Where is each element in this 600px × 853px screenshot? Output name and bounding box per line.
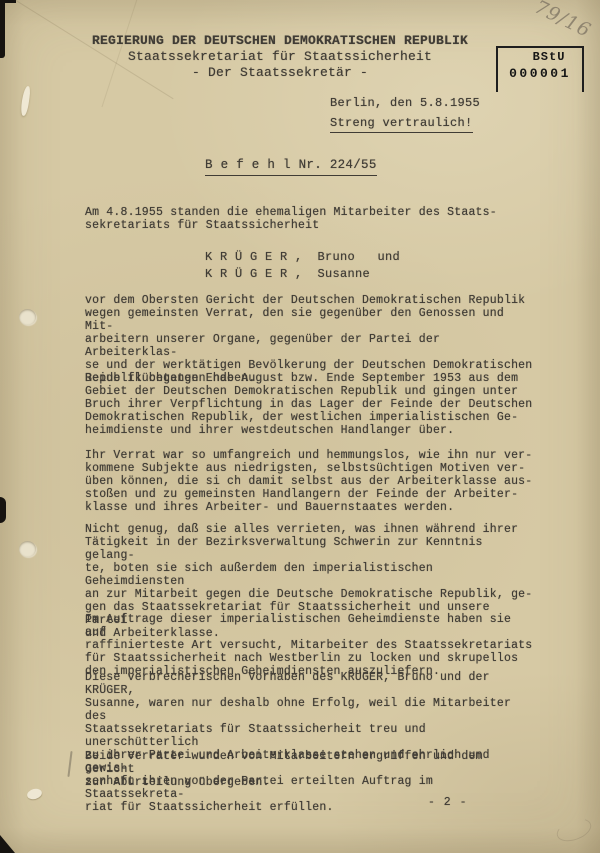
scan-edge-artifact-top-strip [0, 0, 16, 3]
order-title: B e f e h l Nr. 224/55 [205, 158, 377, 176]
handwritten-note: 79/16 [531, 0, 594, 42]
scanned-document-page: 79/16 BStU 000001 REGIERUNG DER DEUTSCHE… [0, 0, 600, 853]
paragraph-luring: Im Auftrage dieser imperialistischen Geh… [85, 613, 537, 678]
stamp-label: BStU [498, 50, 582, 64]
paragraph-arrest: Beide Verräter wurden von Mitarbeitern e… [85, 750, 537, 789]
paragraph-flight: Beide flüchteten Ende August bzw. Ende S… [85, 372, 537, 437]
paragraph-betrayal: Ihr Verrat war so umfangreich und hemmun… [85, 449, 537, 514]
accused-name-1: K R Ü G E R , Bruno und [205, 250, 400, 264]
scan-edge-artifact-top-left [0, 0, 5, 58]
stamp-number: 000001 [498, 66, 582, 81]
letterhead-government: REGIERUNG DER DEUTSCHEN DEMOKRATISCHEN R… [88, 33, 472, 48]
scan-edge-artifact-bottom-left [0, 835, 15, 853]
scan-edge-artifact-left-blob [0, 497, 6, 523]
pencil-margin-stroke [67, 751, 72, 777]
accused-name-2: K R Ü G E R , Susanne [205, 267, 370, 281]
letterhead-department: Staatssekretariat für Staatssicherheit [88, 49, 472, 64]
paragraph-intro: Am 4.8.1955 standen die ehemaligen Mitar… [85, 206, 537, 232]
paper-tear [26, 787, 43, 801]
hole-punch-top [19, 309, 36, 325]
paper-tear [20, 86, 31, 117]
page-number: - 2 - [428, 796, 468, 809]
bstu-archive-stamp: BStU 000001 [496, 46, 584, 92]
letterhead-office: - Der Staatssekretär - [88, 65, 472, 80]
paragraph-failure: Diese verbrecherischen Vorhaben des KRÜG… [85, 671, 537, 814]
hole-punch-bottom [19, 541, 36, 557]
place-date-line: Berlin, den 5.8.1955 [330, 96, 480, 110]
letterhead: REGIERUNG DER DEUTSCHEN DEMOKRATISCHEN R… [88, 33, 472, 80]
pencil-scribble [554, 814, 595, 845]
classification-label: Streng vertraulich! [330, 116, 473, 133]
